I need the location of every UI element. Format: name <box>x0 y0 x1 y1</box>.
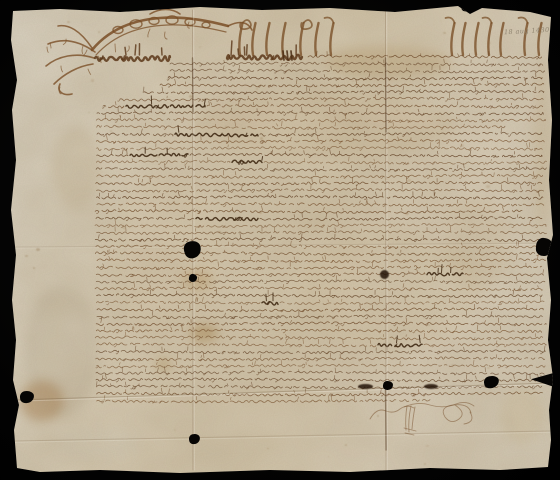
ink-layer <box>0 0 560 480</box>
photo-frame: 18 aug 1430 <box>0 0 560 480</box>
parchment-grain <box>0 0 560 480</box>
damage-hole <box>358 384 373 389</box>
damage-hole <box>536 238 554 257</box>
parchment-document: 18 aug 1430 <box>0 0 560 480</box>
damage-hole <box>424 384 438 389</box>
damage-hole <box>380 270 389 279</box>
